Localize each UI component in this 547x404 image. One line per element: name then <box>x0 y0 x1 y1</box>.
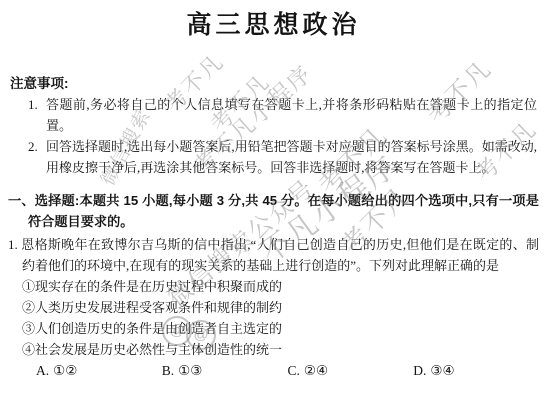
option-d: D.③④ <box>413 360 539 381</box>
question-statement-4: ④社会发展是历史必然性与主体创造性的统一 <box>8 339 539 360</box>
question-statement-3: ③人们创造历史的条件是由创造者自主选定的 <box>8 318 539 339</box>
option-c: C.②④ <box>288 360 414 381</box>
question-1: 1. 恩格斯晚年在致博尔吉乌斯的信中指出,“人们自己创造自己的历史,但他们是在既… <box>8 234 539 381</box>
option-c-label: C. <box>288 363 300 378</box>
notice-item-1: 1. 答题前,务必将自己的个人信息填写在答题卡上,并将条形码粘贴在答题卡上的指定… <box>28 94 537 136</box>
notice-item-text: 答题前,务必将自己的个人信息填写在答题卡上,并将条形码粘贴在答题卡上的指定位置。 <box>46 94 537 136</box>
notice-item-text: 回答选择题时,选出每小题答案后,用铅笔把答题卡对应题目的答案标号涂黑。如需改动,… <box>46 136 537 178</box>
exam-page: @ @ 考不凡考不凡考不凡微信搜索考不凡小程序考不凡考不凡不凡小程序微信搜索公众… <box>0 0 547 404</box>
options-row: A.①② B.①③ C.②④ D.③④ <box>36 360 539 381</box>
question-statement-2: ②人类历史发展进程受客观条件和规律的制约 <box>8 297 539 318</box>
option-d-label: D. <box>413 363 426 378</box>
question-statement-1: ①现实存在的条件是在历史过程中积聚而成的 <box>8 276 539 297</box>
question-stem-text: 恩格斯晚年在致博尔吉乌斯的信中指出,“人们自己创造自己的历史,但他们是在既定的、… <box>21 237 539 273</box>
option-d-value: ③④ <box>430 363 454 378</box>
notice-item-2: 2. 回答选择题时,选出每小题答案后,用铅笔把答题卡对应题目的答案标号涂黑。如需… <box>28 136 537 178</box>
option-a-value: ①② <box>53 363 77 378</box>
notice-item-number: 1. <box>28 94 46 136</box>
option-b-label: B. <box>162 363 174 378</box>
question-number: 1. <box>8 237 18 252</box>
option-b-value: ①③ <box>178 363 202 378</box>
page-title: 高三思想政治 <box>0 0 547 40</box>
option-c-value: ②④ <box>304 363 328 378</box>
notice-item-number: 2. <box>28 136 46 178</box>
option-a: A.①② <box>36 360 162 381</box>
option-a-label: A. <box>36 363 49 378</box>
section-heading: 一、选择题:本题共 15 小题,每小题 3 分,共 45 分。在每小题给出的四个… <box>8 190 539 232</box>
notice-heading: 注意事项: <box>10 73 547 94</box>
question-stem: 1. 恩格斯晚年在致博尔吉乌斯的信中指出,“人们自己创造自己的历史,但他们是在既… <box>8 234 539 276</box>
page-content: 高三思想政治 注意事项: 1. 答题前,务必将自己的个人信息填写在答题卡上,并将… <box>0 0 547 381</box>
option-b: B.①③ <box>162 360 288 381</box>
